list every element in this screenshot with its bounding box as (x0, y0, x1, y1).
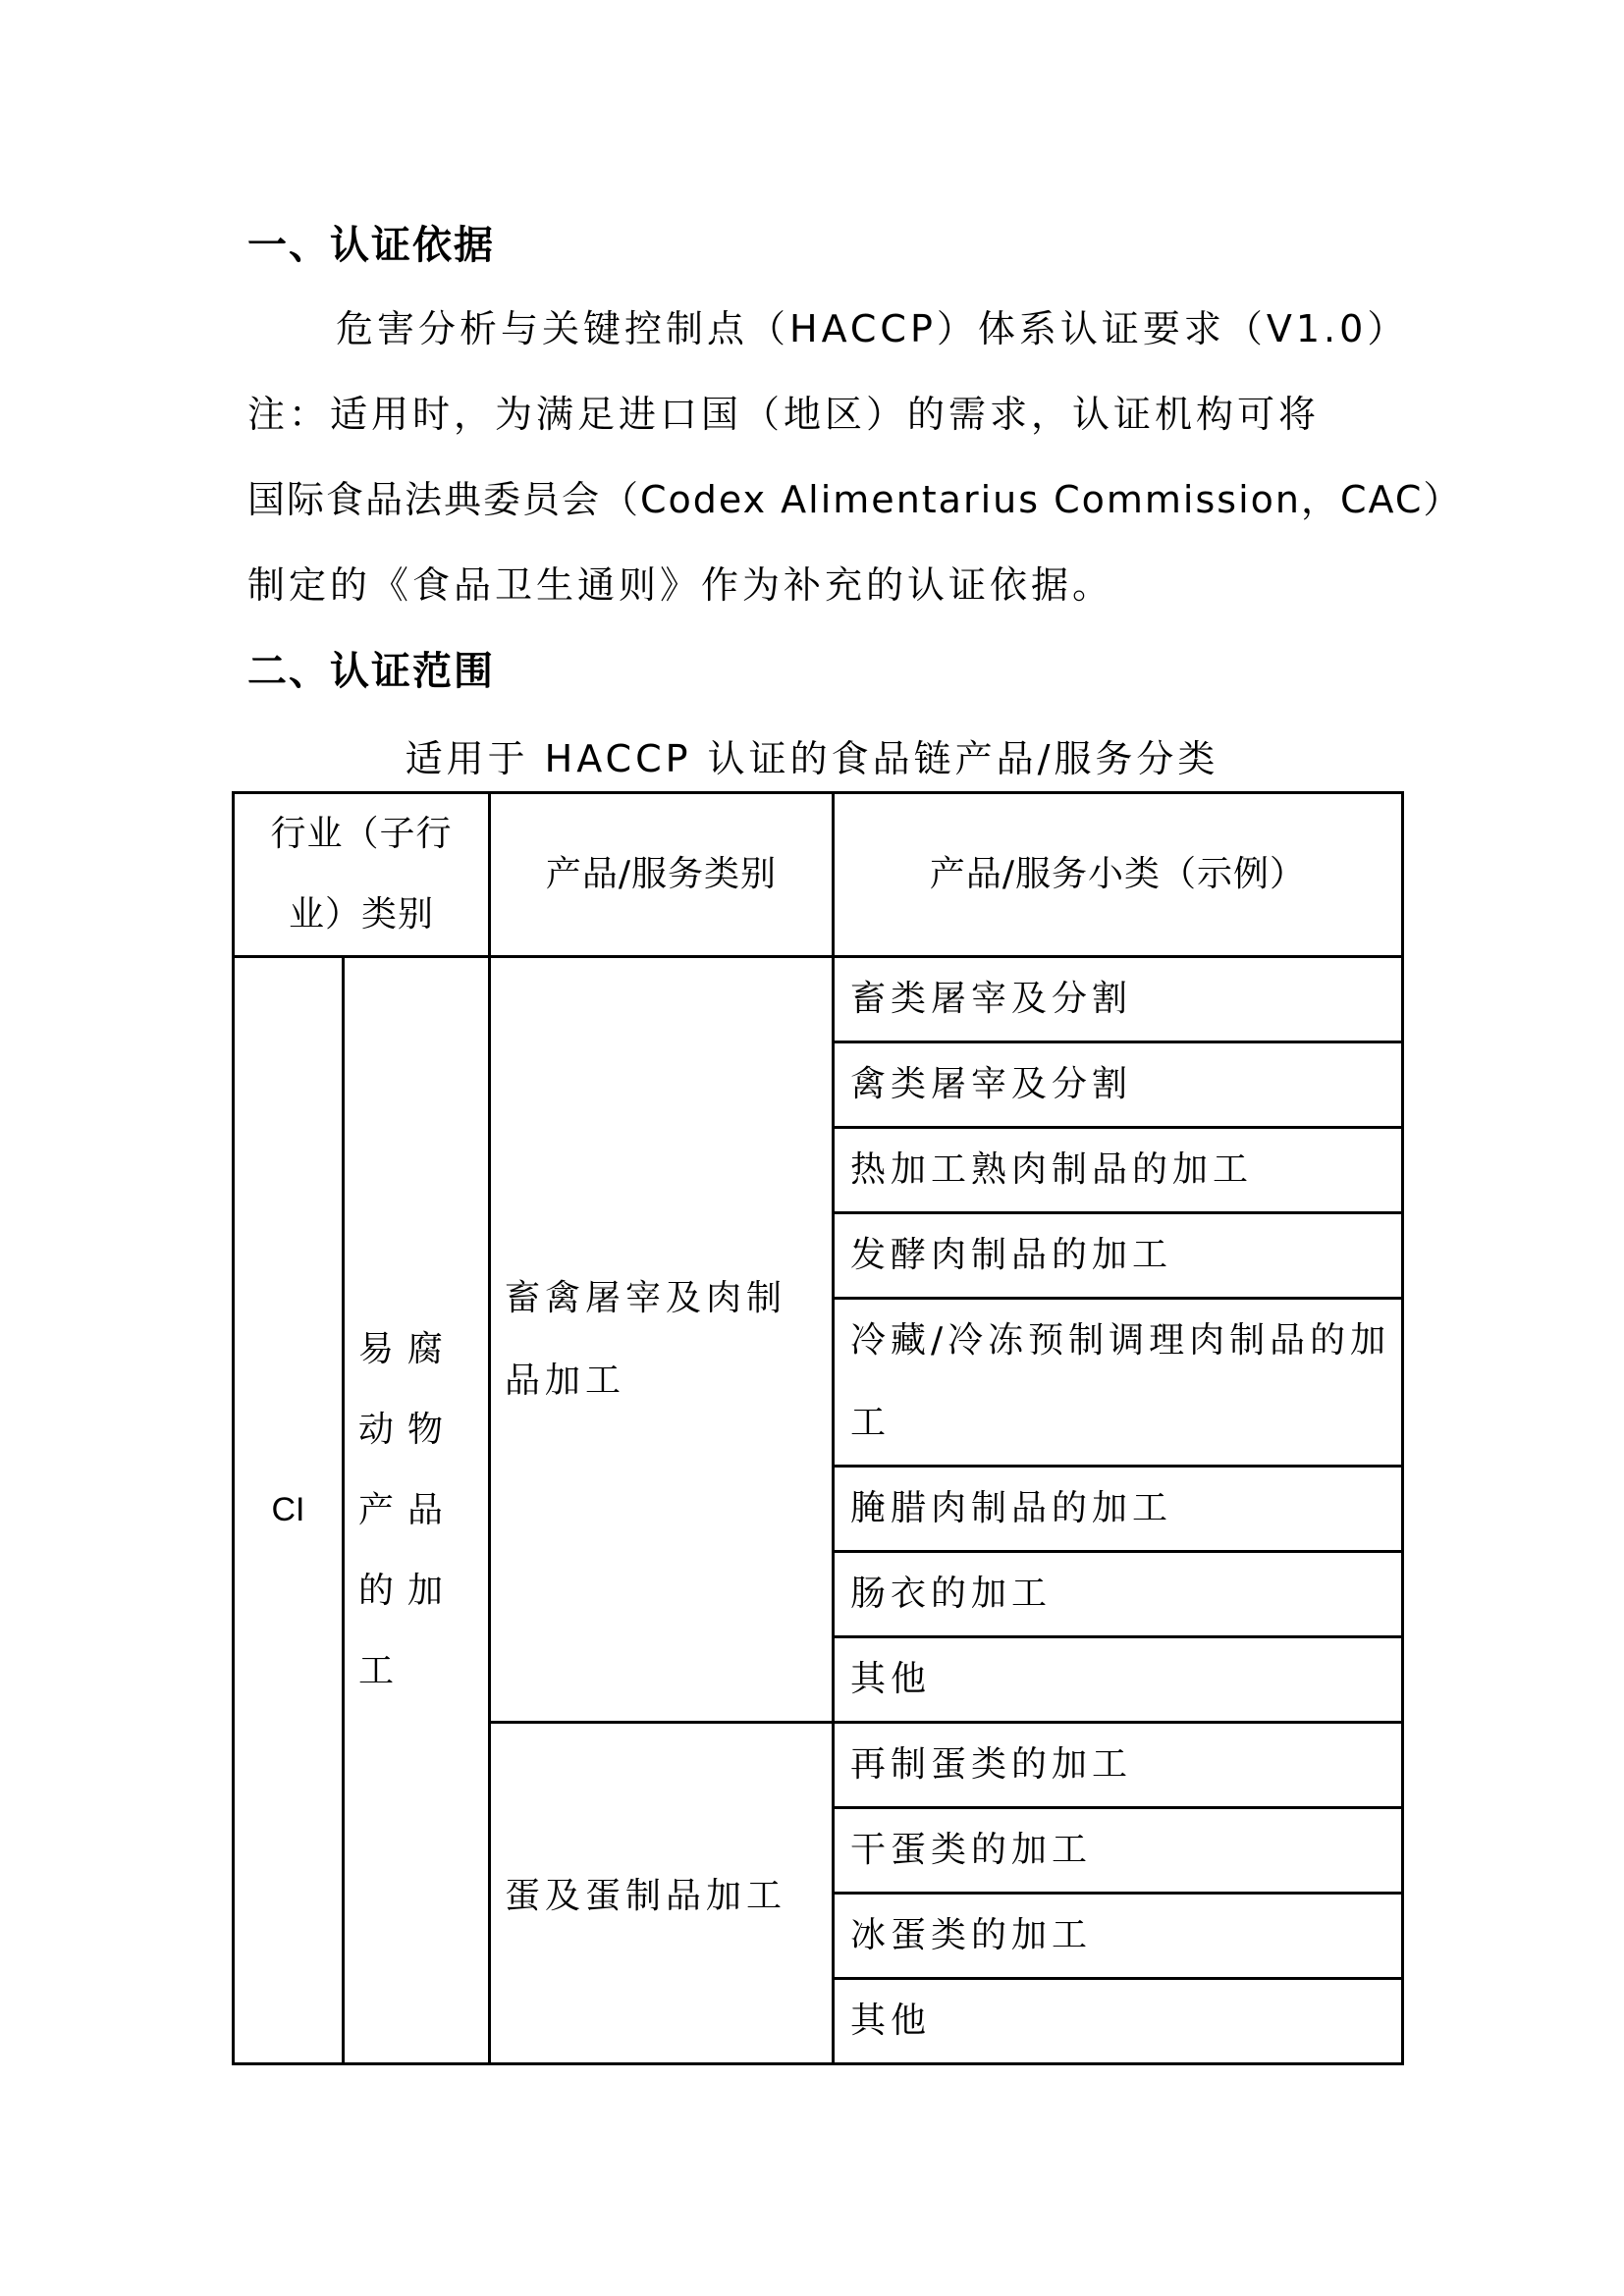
industry-name-cell: 易腐动物产品的加工 (344, 957, 490, 2064)
subcategory-cell: 再制蛋类的加工 (834, 1723, 1403, 1808)
paragraph-line-4: 制定的《食品卫生通则》作为补充的认证依据。 (247, 563, 1113, 607)
subcategory-cell: 腌腊肉制品的加工 (834, 1467, 1403, 1552)
table-row: CI 易腐动物产品的加工 畜禽屠宰及肉制品加工 畜类屠宰及分割 (234, 957, 1403, 1042)
paragraph-line-2: 注：适用时，为满足进口国（地区）的需求，认证机构可将 (247, 393, 1320, 436)
paragraph-line-1: 危害分析与关键控制点（HACCP）体系认证要求（V1.0） (336, 307, 1408, 350)
table-caption: 适用于 HACCP 认证的食品链产品/服务分类 (0, 728, 1624, 782)
subcategory-cell: 畜类屠宰及分割 (834, 957, 1403, 1042)
category-cell-egg: 蛋及蛋制品加工 (490, 1723, 834, 2064)
subcategory-cell: 发酵肉制品的加工 (834, 1213, 1403, 1299)
subcategory-cell: 冷藏/冷冻预制调理肉制品的加工 (834, 1299, 1403, 1467)
header-industry: 行业（子行业）类别 (234, 793, 490, 957)
subcategory-cell: 禽类屠宰及分割 (834, 1042, 1403, 1128)
section-heading-basis: 一、认证依据 (247, 214, 495, 270)
subcategory-cell: 其他 (834, 1637, 1403, 1723)
table-header-row: 行业（子行业）类别 产品/服务类别 产品/服务小类（示例） (234, 793, 1403, 957)
section-heading-scope: 二、认证范围 (247, 640, 495, 696)
scope-table: 行业（子行业）类别 产品/服务类别 产品/服务小类（示例） CI 易腐动物产品的… (232, 791, 1404, 2065)
industry-code-cell: CI (234, 957, 344, 2064)
subcategory-cell: 冰蛋类的加工 (834, 1894, 1403, 1979)
subcategory-cell: 其他 (834, 1979, 1403, 2064)
subcategory-cell: 肠衣的加工 (834, 1552, 1403, 1637)
category-cell-meat: 畜禽屠宰及肉制品加工 (490, 957, 834, 1723)
header-subcategory: 产品/服务小类（示例） (834, 793, 1403, 957)
paragraph-line-3: 国际食品法典委员会（Codex Alimentarius Commission，… (247, 478, 1462, 521)
header-category: 产品/服务类别 (490, 793, 834, 957)
subcategory-cell: 干蛋类的加工 (834, 1808, 1403, 1894)
subcategory-cell: 热加工熟肉制品的加工 (834, 1128, 1403, 1213)
